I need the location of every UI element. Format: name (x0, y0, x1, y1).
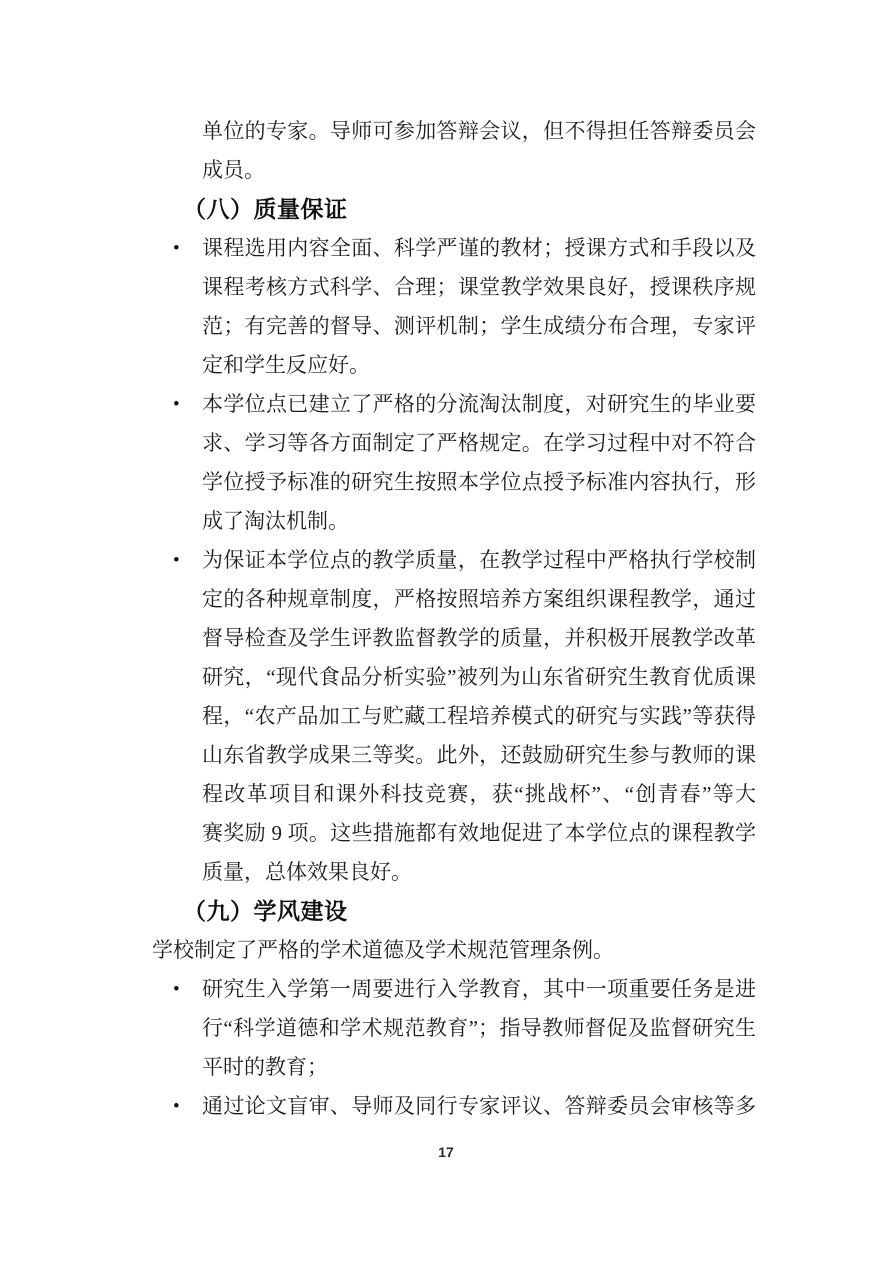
text-line: 定的各种规章制度，严格按照培养方案组织课程教学，通过 (152, 580, 756, 619)
bullet-list-item: • 课程选用内容全面、科学严谨的教材；授课方式和手段以及 (152, 229, 756, 268)
text-line: 程，“农产品加工与贮藏工程培养模式的研究与实践”等获得 (152, 697, 756, 736)
text-line: 单位的专家。导师可参加答辩会议，但不得担任答辩委员会 (152, 112, 756, 151)
bullet-icon: • (173, 970, 193, 1009)
text-line: 成了淘汰机制。 (152, 502, 756, 541)
list-item-text: 研究生入学第一周要进行入学教育，其中一项重要任务是进 (202, 977, 756, 1001)
page-number: 17 (0, 1140, 892, 1164)
text-line: 山东省教学成果三等奖。此外，还鼓励研究生参与教师的课 (152, 736, 756, 775)
list-item-text: 通过论文盲审、导师及同行专家评议、答辩委员会审核等多 (202, 1094, 756, 1118)
text-line: 成员。 (152, 151, 756, 190)
text-line: 程改革项目和课外科技竞赛，获“挑战杯”、“创青春”等大 (152, 775, 756, 814)
text-line: 督导检查及学生评教监督教学的质量，并积极开展教学改革 (152, 619, 756, 658)
bullet-icon: • (173, 229, 193, 268)
text-line: 学位授予标准的研究生按照本学位点授予标准内容执行，形 (152, 463, 756, 502)
paragraph-line: 学校制定了严格的学术道德及学术规范管理条例。 (152, 931, 756, 970)
bullet-list-item: • 通过论文盲审、导师及同行专家评议、答辩委员会审核等多 (152, 1087, 756, 1126)
bullet-icon: • (173, 385, 193, 424)
bullet-list-item: • 为保证本学位点的教学质量，在教学过程中严格执行学校制 (152, 541, 756, 580)
text-line: 求、学习等各方面制定了严格规定。在学习过程中对不符合 (152, 424, 756, 463)
list-item-text: 本学位点已建立了严格的分流淘汰制度，对研究生的毕业要 (202, 392, 756, 416)
text-line: 范；有完善的督导、测评机制；学生成绩分布合理，专家评 (152, 307, 756, 346)
section-heading-quality-assurance: （八）质量保证 (152, 190, 756, 229)
bullet-list-item: • 研究生入学第一周要进行入学教育，其中一项重要任务是进 (152, 970, 756, 1009)
section-heading-academic-style: （九）学风建设 (152, 892, 756, 931)
text-line: 课程考核方式科学、合理；课堂教学效果良好，授课秩序规 (152, 268, 756, 307)
text-line: 定和学生反应好。 (152, 346, 756, 385)
text-line: 研究，“现代食品分析实验”被列为山东省研究生教育优质课 (152, 658, 756, 697)
document-page: 单位的专家。导师可参加答辩会议，但不得担任答辩委员会 成员。 （八）质量保证 •… (0, 0, 892, 1261)
document-body: 单位的专家。导师可参加答辩会议，但不得担任答辩委员会 成员。 （八）质量保证 •… (152, 112, 756, 1126)
list-item-text: 课程选用内容全面、科学严谨的教材；授课方式和手段以及 (202, 236, 756, 260)
list-item-text: 为保证本学位点的教学质量，在教学过程中严格执行学校制 (202, 548, 756, 572)
text-line: 赛奖励 9 项。这些措施都有效地促进了本学位点的课程教学 (152, 814, 756, 853)
bullet-icon: • (173, 541, 193, 580)
text-line: 行“科学道德和学术规范教育”；指导教师督促及监督研究生 (152, 1009, 756, 1048)
text-line: 平时的教育； (152, 1048, 756, 1087)
text-line: 质量，总体效果良好。 (152, 853, 756, 892)
bullet-list-item: • 本学位点已建立了严格的分流淘汰制度，对研究生的毕业要 (152, 385, 756, 424)
bullet-icon: • (173, 1087, 193, 1126)
